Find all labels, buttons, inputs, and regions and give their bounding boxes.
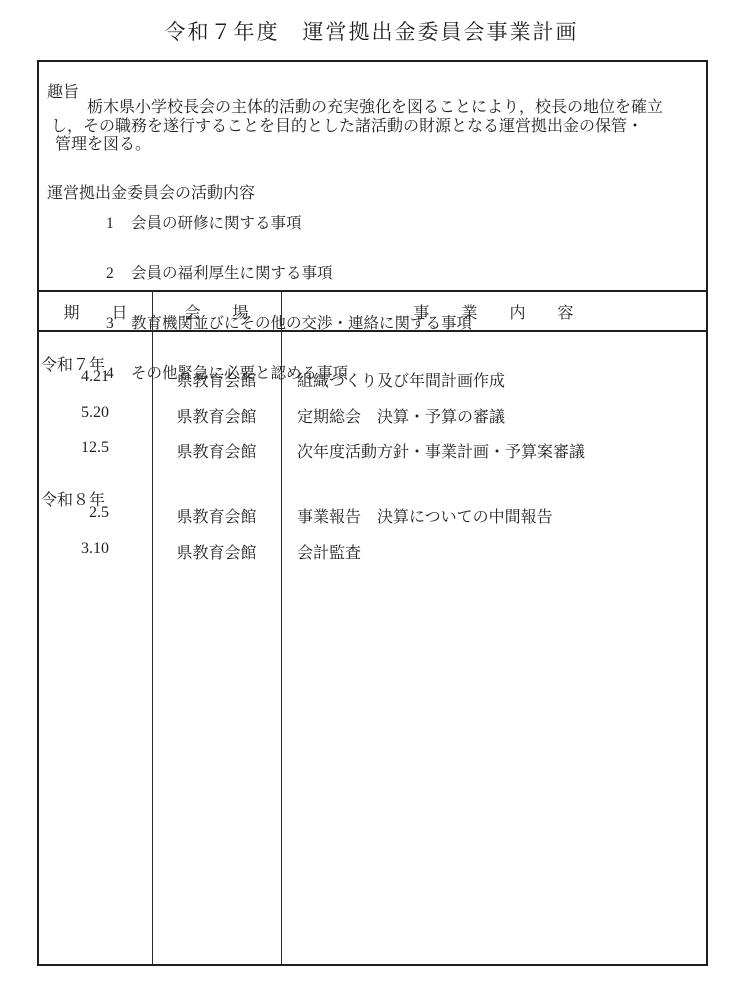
document-frame: 趣旨 栃木県小学校長会の主体的活動の充実強化を図ることにより，校長の地位を確立 … <box>37 60 708 966</box>
schedule-row: 3.10 県教育会館 会計監査 <box>39 540 706 560</box>
activity-number: 1 <box>106 216 131 233</box>
schedule-date: 5.20 <box>57 404 109 422</box>
column-divider <box>152 290 153 964</box>
schedule-date: 12.5 <box>57 439 109 457</box>
schedule-date: 2.5 <box>57 504 109 522</box>
schedule-content: 定期総会 決算・予算の審議 <box>297 404 505 427</box>
purpose-line: 栃木県小学校長会の主体的活動の充実強化を図ることにより，校長の地位を確立 <box>51 99 703 118</box>
header-cell-date: 期 日 <box>39 292 152 330</box>
purpose-line: 管理を図る。 <box>51 136 703 155</box>
column-divider <box>281 290 282 964</box>
schedule-content: 会計監査 <box>297 540 361 563</box>
purpose-body: 栃木県小学校長会の主体的活動の充実強化を図ることにより，校長の地位を確立 し，そ… <box>51 99 703 155</box>
schedule-row: 5.20 県教育会館 定期総会 決算・予算の審議 <box>39 404 706 424</box>
schedule-row: 12.5 県教育会館 次年度活動方針・事業計画・予算案審議 <box>39 439 706 459</box>
schedule-venue: 県教育会館 <box>152 504 281 527</box>
activity-number: 2 <box>106 266 131 283</box>
activity-item: 1会員の研修に関する事項 <box>47 199 697 249</box>
schedule-venue: 県教育会館 <box>152 368 281 391</box>
schedule-row: 4.21 県教育会館 組織づくり及び年間計画作成 <box>39 368 706 388</box>
schedule-date: 3.10 <box>57 540 109 558</box>
schedule-content: 次年度活動方針・事業計画・予算案審議 <box>297 439 585 462</box>
activity-text: 会員の福利厚生に関する事項 <box>131 265 333 282</box>
schedule-venue: 県教育会館 <box>152 540 281 563</box>
header-cell-venue: 会 場 <box>152 292 281 330</box>
purpose-line: し，その職務を遂行することを目的とした諸活動の財源となる運営拠出金の保管・ <box>51 118 703 137</box>
activity-text: 会員の研修に関する事項 <box>131 215 302 232</box>
document-page: 令和７年度 運営拠出金委員会事業計画 趣旨 栃木県小学校長会の主体的活動の充実強… <box>0 0 743 1003</box>
schedule-venue: 県教育会館 <box>152 404 281 427</box>
header-cell-content: 事 業 内 容 <box>281 292 706 330</box>
schedule-content: 組織づくり及び年間計画作成 <box>297 368 505 391</box>
schedule-content: 事業報告 決算についての中間報告 <box>297 504 553 527</box>
schedule-date: 4.21 <box>57 368 109 386</box>
page-title: 令和７年度 運営拠出金委員会事業計画 <box>0 16 743 46</box>
schedule-header-row: 期 日 会 場 事 業 内 容 <box>39 290 706 332</box>
schedule-venue: 県教育会館 <box>152 439 281 462</box>
schedule-row: 2.5 県教育会館 事業報告 決算についての中間報告 <box>39 504 706 524</box>
